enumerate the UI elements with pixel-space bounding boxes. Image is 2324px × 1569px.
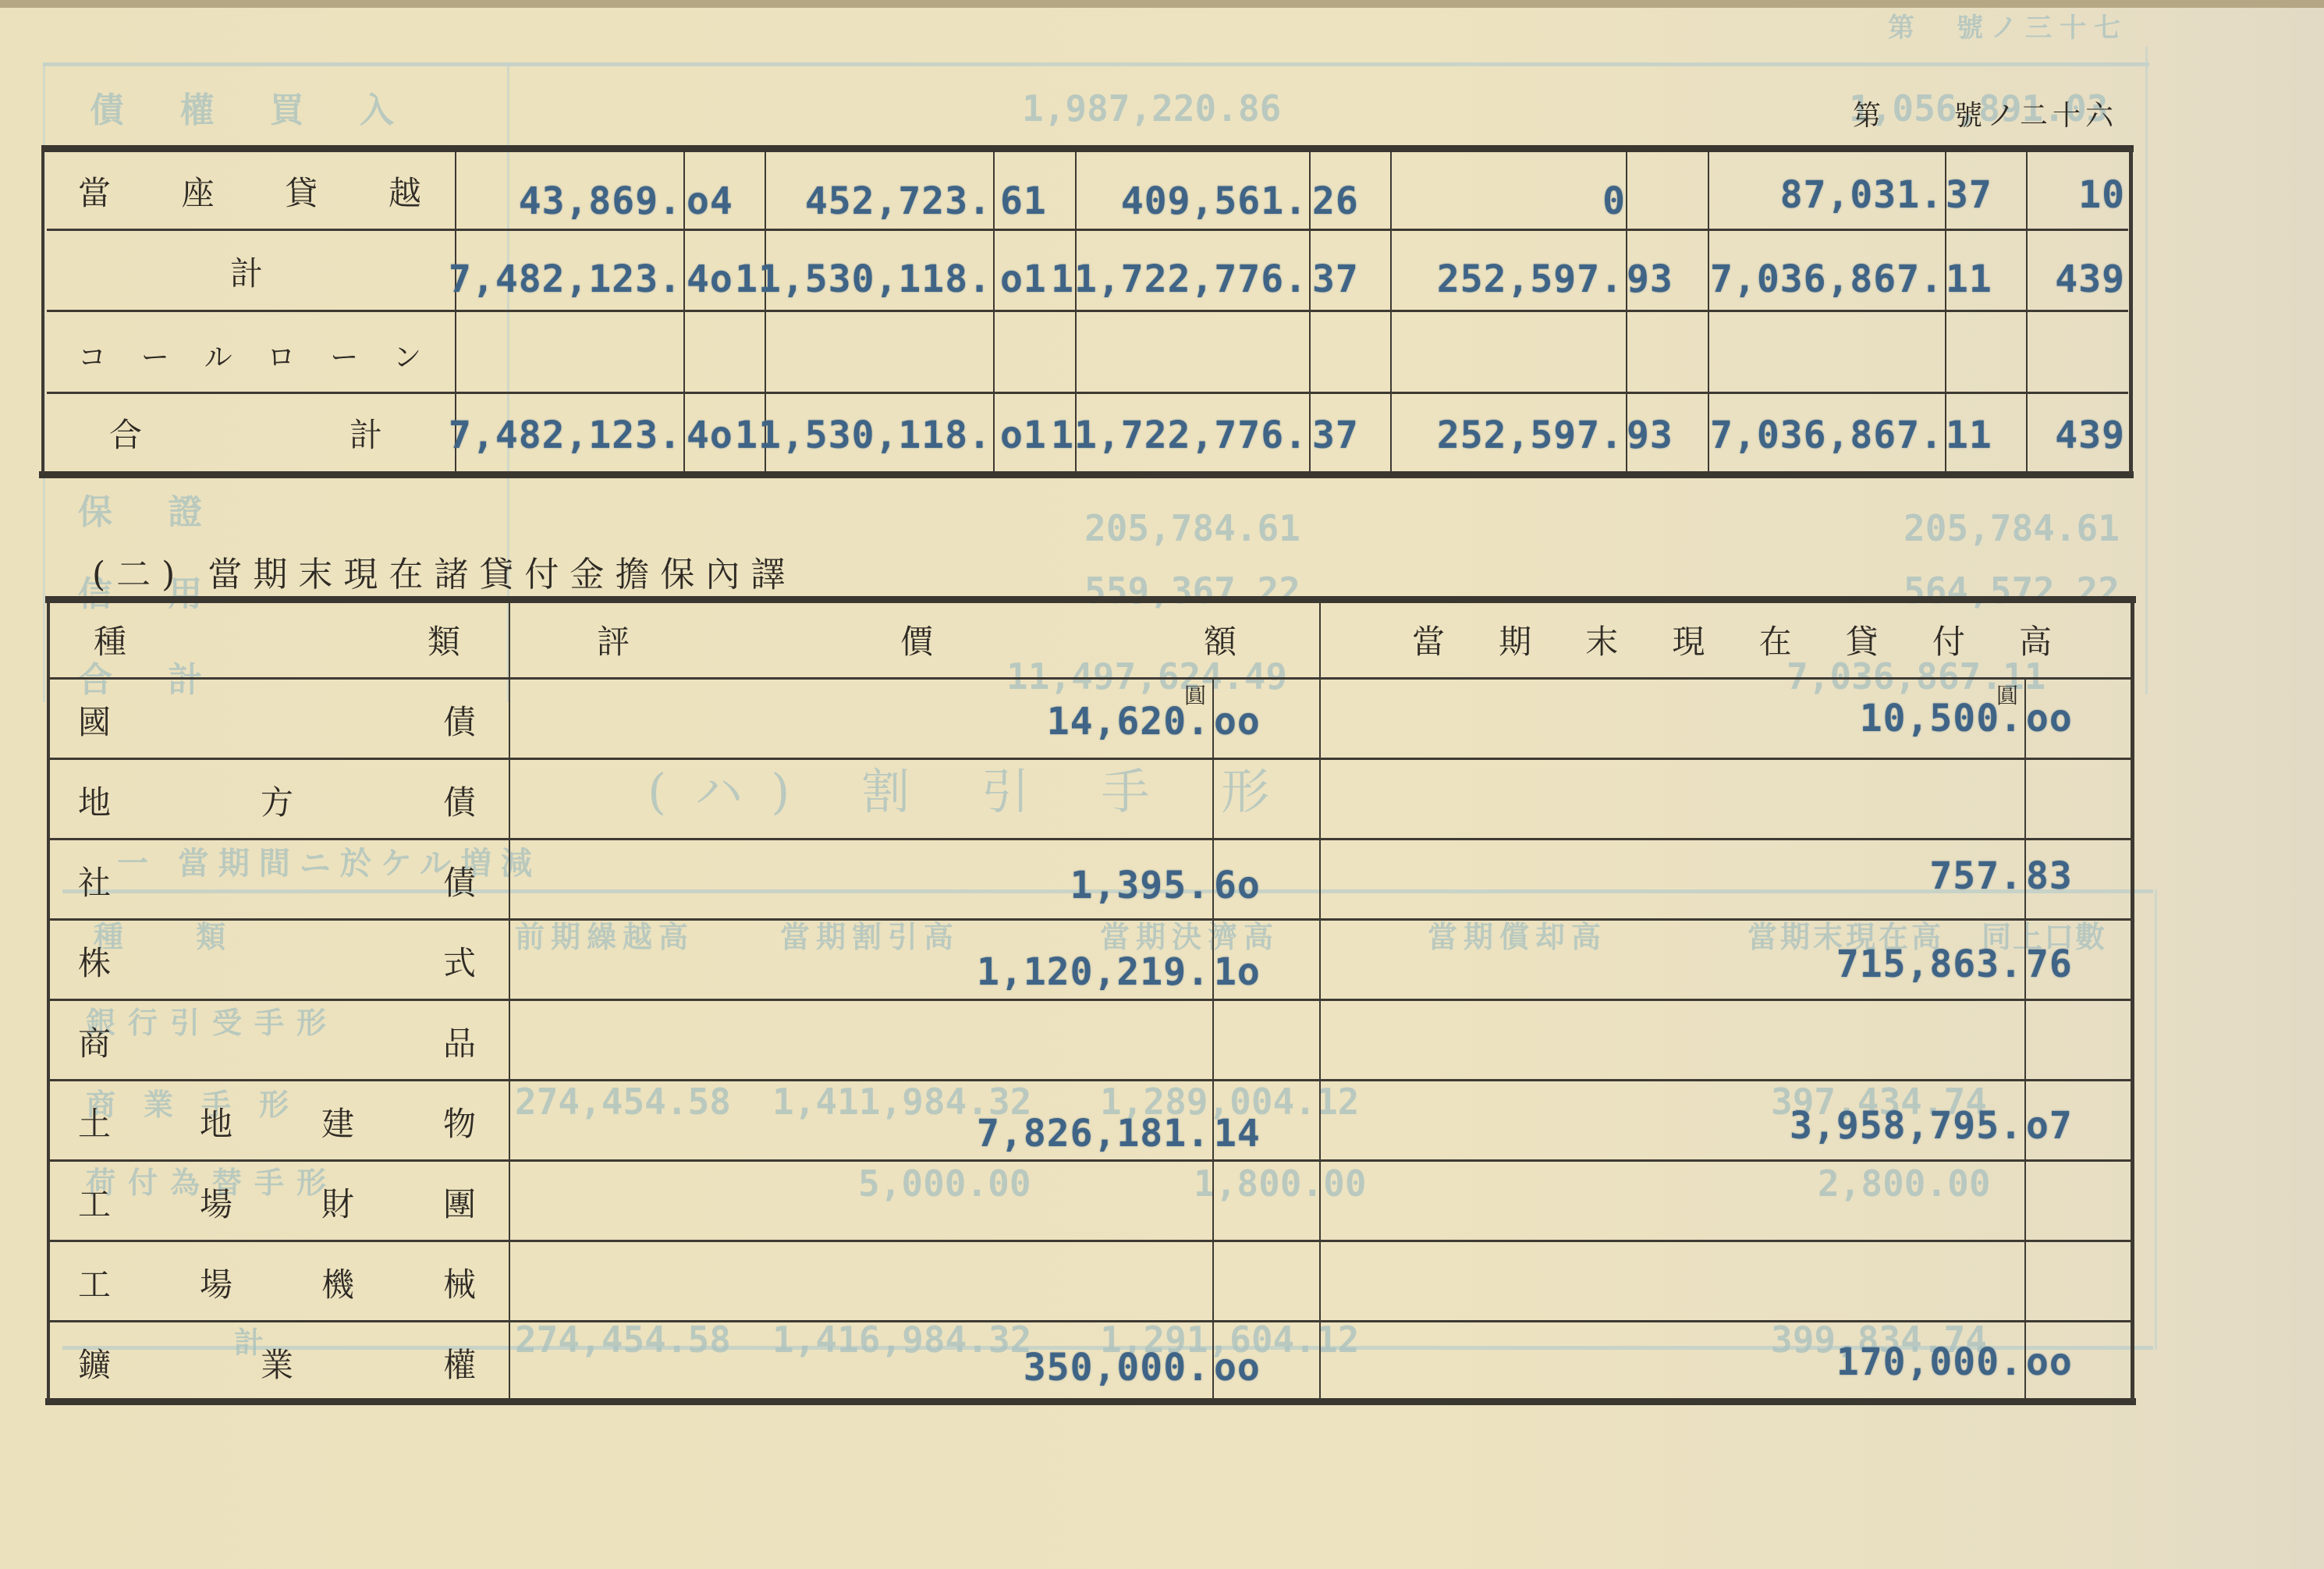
valuation-value: 1,395. [1070,864,1210,907]
row-label-subtotal: 計 [230,248,277,295]
cell-value: 7,482,123. [449,414,682,457]
outstanding-value: 10,500. [1860,697,2023,740]
top-table-left-border [41,148,44,474]
label-char: 場 [200,1259,232,1306]
cell-value: 11,530,118. [735,414,992,457]
cell-value: 4o [687,257,733,301]
label-char: 土 [78,1099,111,1145]
label-char: 團 [443,1179,476,1226]
header-char: 現 [1672,616,1705,663]
label-char: 品 [443,1018,476,1065]
row-divider [50,1159,2131,1162]
top-table-right-border [2129,148,2133,474]
cell-value: 93 [1627,414,1673,457]
row-label-factory-foundation: 工 場 財 團 [78,1179,476,1226]
cell-value: 11,722,776. [1051,257,1307,301]
cell-value: 4o [687,414,733,457]
ghost-value: 564,572.22 [1904,570,2120,612]
valuation-value: 1,120,219. [977,950,1210,994]
outstanding-value: 170,000. [1836,1340,2023,1384]
cell-value: 37 [1312,257,1359,301]
row-divider [50,1079,2131,1081]
row-label-national-bonds: 國 債 [78,697,476,744]
header-char: 期 [1499,616,1531,663]
header-outstanding: 當 期 末 現 在 貸 付 高 [1412,616,2052,663]
decimal-divider [1212,679,1214,1400]
label-char: 權 [443,1340,476,1386]
label-char: ー [141,335,169,375]
col-divider [1309,152,1311,472]
cell-value: 7,036,867. [1710,414,1943,457]
label-char: 械 [443,1259,476,1306]
header-char: 額 [1204,616,1237,663]
ghost-rule [43,62,2149,66]
label-char: 鑛 [78,1340,111,1386]
col-divider [1390,152,1392,472]
row-label-factory-machinery: 工 場 機 械 [78,1259,476,1306]
cell-value: o1 [1000,414,1047,457]
top-table-top-rule [41,145,2134,152]
label-char: 地 [78,777,111,824]
ghost-value: 559,367.22 [1084,570,1300,612]
ghost-value: 205,784.61 [1084,507,1300,549]
cell-value: 11 [1946,414,1992,457]
cell-value: o4 [687,179,733,223]
label-char: 式 [443,938,476,985]
label-char: 債 [443,697,476,744]
ghost-vline [2155,889,2157,1350]
header-char: 貸 [1846,616,1879,663]
section-title: (二) 當期末現在諸貸付金擔保內譯 [92,546,796,596]
ghost-value: 1,416,984.32 [772,1319,1031,1361]
ghost-value: 274,454.58 [515,1319,731,1361]
label-char: 工 [78,1179,111,1226]
label-char: 地 [200,1099,232,1145]
col-divider [993,152,995,472]
cell-value: 11 [1946,257,1992,301]
cell-value: 452,723. [805,179,992,223]
ghost-label: 保 證 [78,484,224,534]
header-char: 類 [428,616,460,663]
valuation-value: 14,620. [1047,700,1210,744]
cell-value: 439 [2055,414,2125,457]
row-label-municipal-bonds: 地 方 債 [78,777,476,824]
outstanding-value: 715,863. [1836,942,2023,986]
cell-value: 252,597. [1437,414,1623,457]
label-char: 機 [321,1259,354,1306]
ghost-page-header: 第 號ノ三十七 [1888,6,2128,44]
ghost-value: 1,987,220.86 [1022,87,1281,130]
cell-value: 10 [2078,173,2125,217]
valuation-decimal: 6o [1214,864,1261,907]
label-char: 財 [321,1179,354,1226]
row-label-corporate-bonds: 社 債 [78,857,476,904]
label-char: 社 [78,857,111,904]
label-char: 方 [261,777,293,824]
cell-value: 7,036,867. [1710,257,1943,301]
cell-value: 11,722,776. [1051,414,1307,457]
label-char: 越 [389,168,421,215]
label-char: 商 [78,1018,111,1065]
cell-value: o1 [1000,257,1047,301]
header-char: 評 [597,616,630,663]
label-char: ロ [267,335,295,375]
outstanding-decimal: oo [2026,1340,2073,1384]
outstanding-value: 3,958,795. [1790,1104,2023,1148]
ghost-vline [2145,47,2148,694]
header-char: 當 [1412,616,1445,663]
row-label-call-loan: コ ー ル ロ ー ン [78,332,421,378]
cell-value: 409,561. [1121,179,1307,223]
row-label-grand-total: 合 計 [109,410,382,456]
label-char: 場 [200,1179,232,1226]
label-char: 債 [443,857,476,904]
cell-value: 11,530,118. [735,257,992,301]
collateral-table-bottom-rule [45,1398,2136,1405]
cell-value: 0 [1602,179,1626,223]
header-char: 高 [2019,616,2052,663]
cell-value: 26 [1312,179,1359,223]
row-divider [50,918,2131,921]
header-char: 種 [94,616,126,663]
label-char: 工 [78,1259,111,1306]
header-char: 末 [1585,616,1618,663]
label-char: 株 [78,938,111,985]
col-divider [1708,152,1709,472]
label-char: 建 [321,1099,354,1145]
valuation-value: 7,826,181. [977,1112,1210,1155]
top-table-bottom-rule [39,471,2134,478]
outstanding-value: 757. [1929,854,2023,898]
header-char: 價 [900,616,933,663]
cell-value: 61 [1000,179,1047,223]
cell-value: 439 [2055,257,2125,301]
cell-value: 37 [1946,173,1992,217]
ghost-section-title: (ハ) 割 引 手 形 [648,753,1297,822]
cell-value: 252,597. [1437,257,1623,301]
row-divider [47,310,2128,312]
valuation-decimal: oo [1214,700,1261,744]
label-char: ン [393,335,421,375]
header-char: 在 [1759,616,1792,663]
page-number-suffix: 號ノ二十六 [1954,94,2118,133]
label-char: 座 [182,168,215,215]
label-char: 債 [443,777,476,824]
row-label-mining-rights: 鑛 業 權 [78,1340,476,1386]
outstanding-decimal: oo [2026,697,2073,740]
row-label-merchandise: 商 品 [78,1018,476,1065]
ghost-value: 5,000.00 [858,1163,1031,1205]
label-char: コ [78,335,106,375]
label-char: 合 [109,410,142,456]
row-divider [47,392,2128,394]
row-label-stocks: 株 式 [78,938,476,985]
outstanding-decimal: 76 [2026,942,2073,986]
cell-value: 93 [1627,257,1673,301]
cell-value: 7,482,123. [449,257,682,301]
label-char: 貸 [285,168,318,215]
col-divider [2026,152,2028,472]
page-number-prefix: 第 [1853,94,1881,133]
collateral-table-top-rule [45,596,2136,603]
label-char: 業 [261,1340,293,1386]
label-char: 物 [443,1099,476,1145]
valuation-decimal: oo [1214,1346,1261,1390]
valuation-decimal: 14 [1214,1112,1261,1155]
ghost-value: 2,800.00 [1818,1163,1991,1205]
row-divider [50,758,2131,760]
header-char: 付 [1932,616,1965,663]
row-divider [50,1320,2131,1322]
ghost-value: 274,454.58 [515,1081,731,1123]
header-valuation: 評 價 額 [597,616,1237,663]
valuation-decimal: 1o [1214,950,1261,994]
row-divider [47,229,2128,231]
header-type: 種 類 [94,616,460,663]
row-label-overdraft: 當 座 貸 越 [78,168,421,215]
label-char: 國 [78,697,111,744]
cell-value: 37 [1312,414,1359,457]
decimal-divider [2024,679,2026,1400]
label-char: 當 [78,168,111,215]
row-divider [50,999,2131,1001]
valuation-value: 350,000. [1024,1346,1210,1390]
row-label-land-buildings: 土 地 建 物 [78,1099,476,1145]
row-divider [50,677,2131,680]
cell-value: 43,869. [519,179,682,223]
outstanding-decimal: o7 [2026,1104,2073,1148]
label-char: 計 [349,410,382,456]
ghost-value: 1,800.00 [1194,1163,1367,1205]
label-char: ー [330,335,358,375]
outstanding-decimal: 83 [2026,854,2073,898]
label-char: ル [204,335,232,375]
cell-value: 87,031. [1780,173,1943,217]
row-divider [50,1240,2131,1242]
ghost-value: 205,784.61 [1904,507,2120,549]
collateral-table-right-border [2131,599,2134,1401]
row-divider [50,838,2131,840]
ghost-label: 債 權 買 入 [90,82,416,132]
label-char: 計 [230,248,263,295]
col-divider [683,152,685,472]
